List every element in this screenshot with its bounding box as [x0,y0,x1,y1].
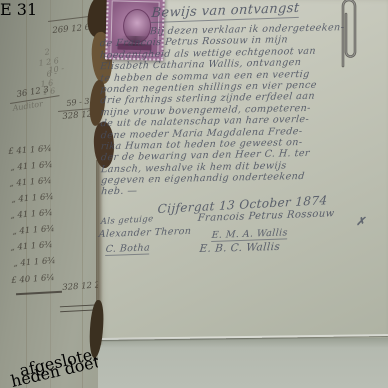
ledger-column-rule [82,0,83,388]
signature-countersign2: E. B. C. Wallis [199,241,281,255]
signature-witness2: C. Botha [105,242,150,256]
ledger-entry: 2 [44,47,50,57]
receipt-body: Bij dezen verklaar ik ondergeteeken- de … [100,25,387,198]
under-page [98,338,388,388]
note-label: E 31 [0,0,37,19]
signature-mark: ✗ [356,215,366,228]
attachment-note: E 31 [0,0,37,19]
